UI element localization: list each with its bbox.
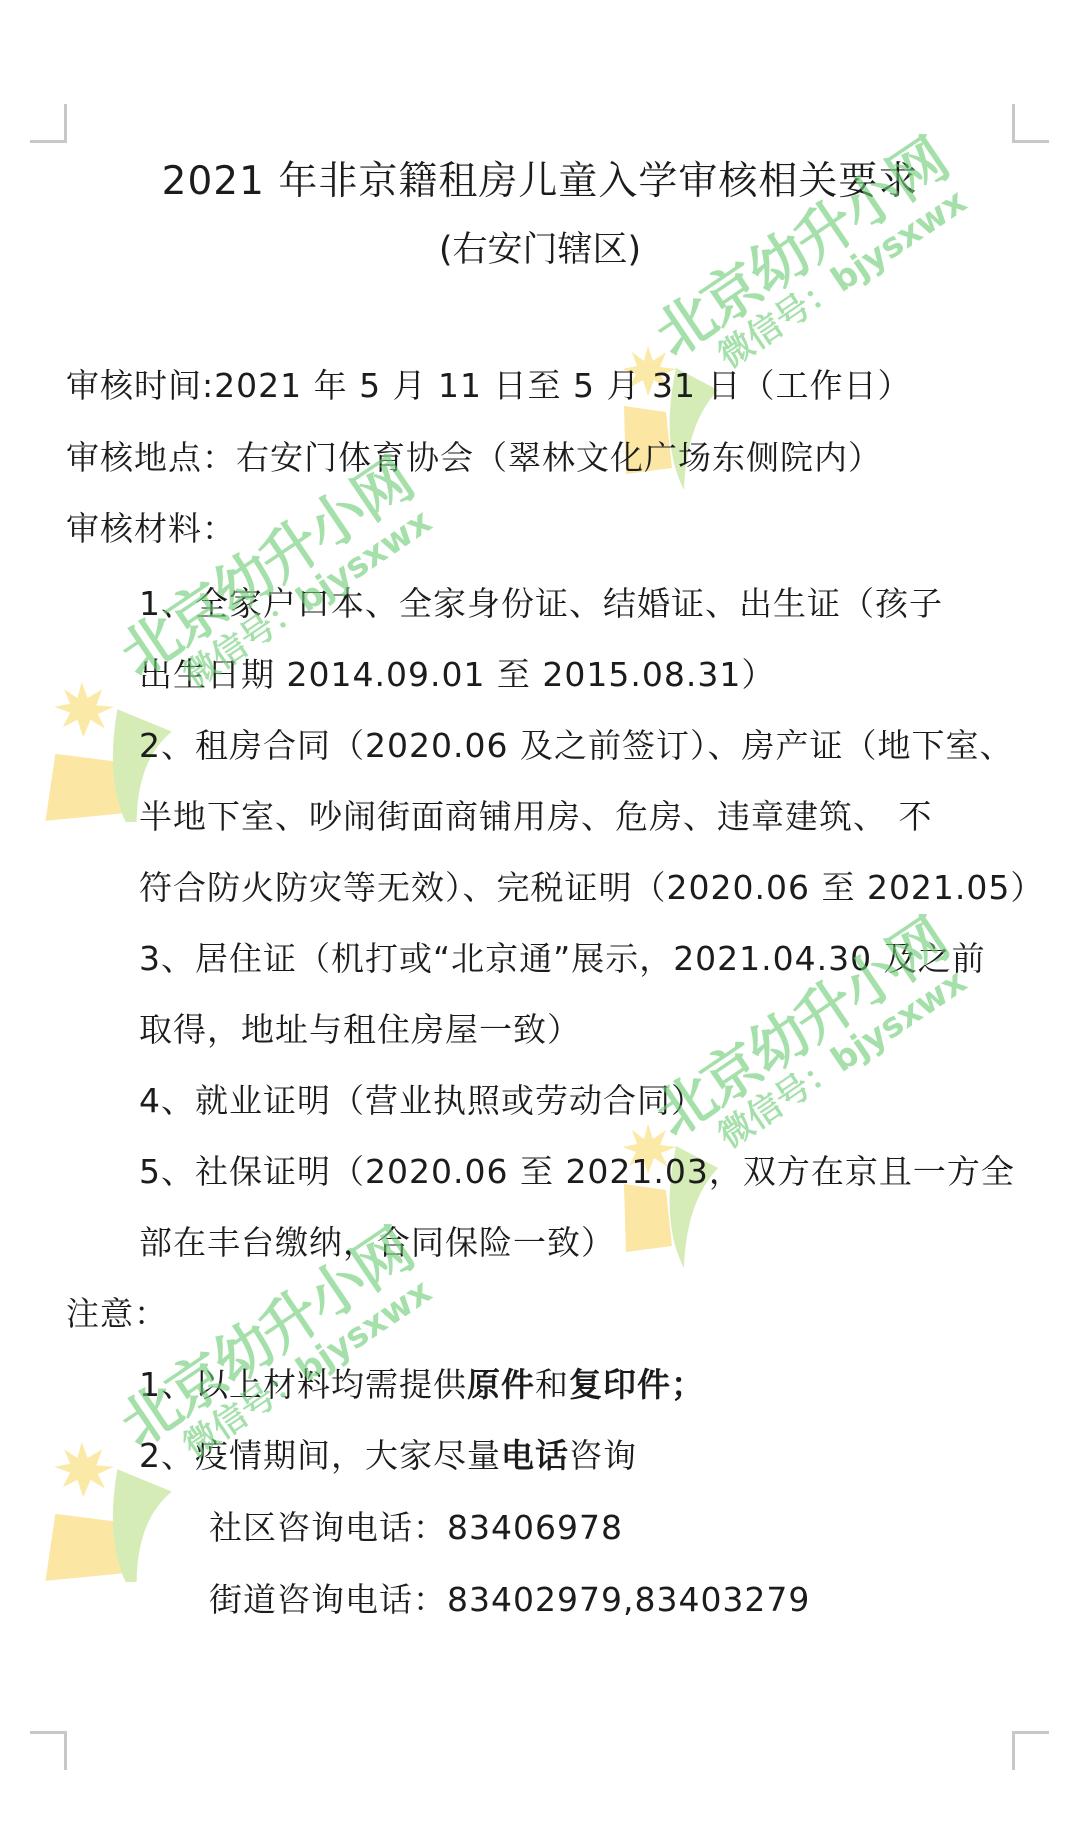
watermark-sub: 微信号：bjysxwx bbox=[712, 959, 979, 1156]
note-1-bold-copy: 复印件； bbox=[569, 1365, 705, 1404]
watermark-sub: 微信号：bjysxwx bbox=[712, 179, 979, 376]
material-item-5-line-2: 部在丰台缴纳，合同保险一致） bbox=[139, 1223, 615, 1263]
crop-mark-bottom-right bbox=[1012, 1731, 1049, 1770]
review-time: 审核时间:2021 年 5 月 11 日至 5 月 31 日（工作日） bbox=[66, 366, 911, 406]
document-title: 2021 年非京籍租房儿童入学审核相关要求 bbox=[0, 150, 1080, 206]
note-item-1: 1、以上材料均需提供原件和复印件； bbox=[139, 1365, 705, 1405]
material-item-2-line-3: 符合防火防灾等无效）、完税证明（2020.06 至 2021.05） bbox=[139, 868, 1044, 908]
document-subtitle: (右安门辖区) bbox=[0, 222, 1080, 272]
material-item-2-line-1: 2、租房合同（2020.06 及之前签订）、房产证（地下室、 bbox=[139, 726, 1013, 766]
material-item-3-line-1: 3、居住证（机打或“北京通”展示，2021.04.30 及之前 bbox=[139, 939, 986, 979]
note-1-mid: 和 bbox=[535, 1365, 569, 1404]
note-1-prefix: 1、以上材料均需提供 bbox=[139, 1365, 467, 1404]
material-item-1-line-1: 1、全家户口本、全家身份证、结婚证、出生证（孩子 bbox=[139, 584, 943, 624]
material-item-4-line-1: 4、就业证明（营业执照或劳动合同） bbox=[139, 1081, 705, 1121]
crop-mark-top-left bbox=[30, 104, 67, 143]
note-item-2: 2、疫情期间，大家尽量电话咨询 bbox=[139, 1436, 637, 1476]
materials-heading: 审核材料： bbox=[66, 509, 236, 549]
material-item-5-line-1: 5、社保证明（2020.06 至 2021.03，双方在京且一方全 bbox=[139, 1152, 1015, 1192]
material-item-2-line-2: 半地下室、吵闹街面商铺用房、危房、违章建筑、 不 bbox=[139, 797, 933, 837]
material-item-1-line-2: 出生日期 2014.09.01 至 2015.08.31） bbox=[139, 655, 775, 695]
note-1-bold-original: 原件 bbox=[467, 1365, 535, 1404]
crop-mark-bottom-left bbox=[30, 1731, 67, 1770]
phone-street-number: 83402979,83403279 bbox=[447, 1580, 810, 1619]
material-item-3-line-2: 取得，地址与租住房屋一致） bbox=[139, 1010, 581, 1050]
note-2-suffix: 咨询 bbox=[569, 1436, 637, 1475]
phone-street-label: 街道咨询电话： bbox=[209, 1580, 447, 1619]
phone-community-number: 83406978 bbox=[447, 1508, 623, 1547]
review-location: 审核地点：右安门体育协会（翠林文化广场东侧院内） bbox=[66, 438, 882, 478]
notes-heading: 注意： bbox=[66, 1294, 168, 1334]
watermark-logo-icon bbox=[624, 1122, 720, 1272]
crop-mark-top-right bbox=[1012, 104, 1049, 143]
document-page: 2021 年非京籍租房儿童入学审核相关要求 (右安门辖区) 审核时间:2021 … bbox=[0, 0, 1080, 1829]
phone-community: 社区咨询电话：83406978 bbox=[209, 1508, 623, 1548]
note-2-prefix: 2、疫情期间，大家尽量 bbox=[139, 1436, 501, 1475]
phone-community-label: 社区咨询电话： bbox=[209, 1508, 447, 1547]
watermark-main: 北京幼升小网 bbox=[110, 449, 422, 687]
phone-street: 街道咨询电话：83402979,83403279 bbox=[209, 1580, 810, 1620]
note-2-bold-phone: 电话 bbox=[501, 1436, 569, 1475]
